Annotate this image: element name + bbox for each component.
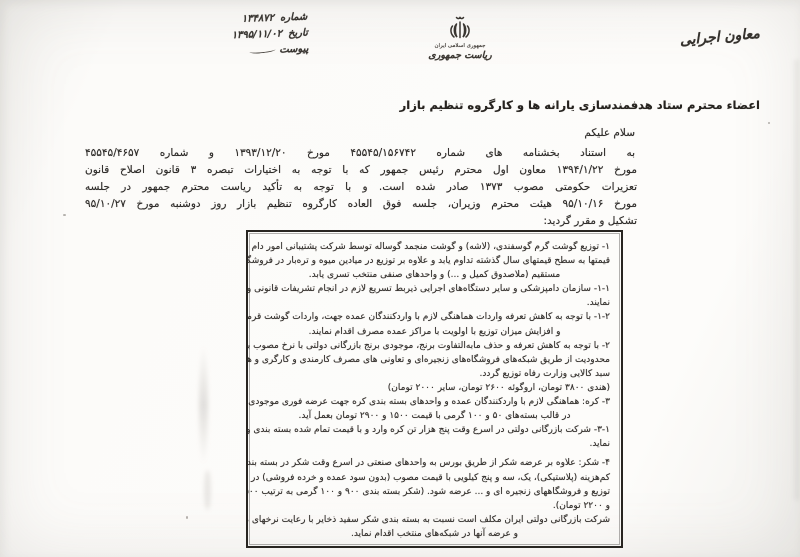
letter-number: شماره۱۳۴۸۷۲ [167, 12, 307, 28]
attachment-scribble [249, 47, 275, 55]
body-line: مورخ ۹۵/۱۰/۱۶ هیئت محترم وزیران، جلسه فو… [85, 196, 637, 213]
box-line: ۴- شکر: علاوه بر عرضه شکر از طریق بورس ب… [259, 456, 610, 470]
box-line: ۲- با توجه به کاهش تعرفه و حذف مابه‌التف… [259, 339, 610, 353]
box-line: ۳-۱- شرکت بازرگانی دولتی در اسرع وقت پنج… [259, 423, 610, 437]
box-line: ۱-۱- سازمان دامپزشکی و سایر دستگاه‌های ا… [259, 282, 610, 296]
date-label: تاریخ [288, 28, 308, 40]
box-line: در قالب بسته‌های ۵۰ و ۱۰۰ گرمی با قیمت ۱… [259, 409, 610, 423]
letter-date: تاریخ۱۳۹۵/۱۱/۰۲ [168, 28, 308, 44]
box-line: قیمتها به سطح قیمتهای سال گذشته تداوم یا… [259, 254, 610, 268]
deputy-title-script: معاون اجرایی [640, 26, 761, 52]
scanned-letter-page: شماره۱۳۴۸۷۲ تاریخ۱۳۹۵/۱۱/۰۲ پیوست جمهوری… [0, 0, 800, 557]
box-line: ۳- کره: هماهنگی لازم با واردکنندگان عمده… [259, 395, 610, 409]
box-line: سبد کالایی وزارت رفاه توزیع گردد. [259, 367, 610, 381]
box-line: محدودیت از طریق شبکه‌های فروشگاه‌های زنج… [259, 353, 610, 367]
body-line: تعزیرات حکومتی مصوب ۱۳۷۳ صادر شده است. و… [85, 179, 637, 196]
box-line: و عرضه آنها در شبکه‌های منتخب اقدام نمای… [259, 527, 610, 541]
body-line: به استناد بخشنامه های شماره ۴۵۵۴۵/۱۵۶۷۴۲… [85, 145, 637, 162]
scan-speck [768, 122, 770, 124]
scan-smudge [199, 345, 208, 465]
letterhead: جمهوری اسلامی ایران ریاست جمهوری [420, 15, 500, 61]
letter-meta-block: شماره۱۳۴۸۷۲ تاریخ۱۳۹۵/۱۱/۰۲ پیوست [167, 12, 309, 65]
org-name-line: جمهوری اسلامی ایران [420, 43, 500, 49]
scan-smudge [794, 60, 800, 500]
body-line: مورخ ۱۳۹۴/۱/۲۲ معاون اول محترم رئیس جمهو… [85, 162, 637, 179]
letter-attachment: پیوست [168, 44, 308, 60]
box-line: و افزایش میزان توزیع با اولویت با مراکز … [259, 325, 610, 339]
body-line: تشکیل و مقرر گردید: [85, 213, 637, 230]
box-line: توزیع و فروشگاههای زنجیره ای و ... عرضه … [259, 485, 610, 499]
resolutions-box: ۱- توزیع گوشت گرم گوسفندی، (لاشه) و گوشت… [246, 230, 623, 548]
box-line: مستقیم (ملاصدوق کمیل و ...) و واحدهای صن… [259, 268, 610, 282]
date-value: ۱۳۹۵/۱۱/۰۲ [232, 28, 283, 41]
scan-speck [63, 214, 66, 216]
box-line: شرکت بازرگانی دولتی ایران مکلف است نسبت … [259, 513, 610, 527]
number-value: ۱۳۴۸۷۲ [242, 13, 275, 25]
letter-body: به استناد بخشنامه های شماره ۴۵۵۴۵/۱۵۶۷۴۲… [85, 145, 637, 230]
box-line: (هندی ۳۸۰۰ تومان، اروگوئه ۲۶۰۰ تومان، سا… [259, 381, 610, 395]
scan-speck [186, 516, 188, 519]
box-line: نمایند. [259, 296, 610, 310]
letter-title: اعضاء محترم ستاد هدفمندسازی یارانه ها و … [360, 98, 760, 112]
org-presidency-line: ریاست جمهوری [420, 50, 500, 61]
scan-smudge [204, 470, 211, 510]
box-line: ۱- توزیع گوشت گرم گوسفندی، (لاشه) و گوشت… [259, 240, 610, 254]
attachment-label: پیوست [279, 44, 309, 56]
box-line: و ۲۲۰۰ تومان). [259, 499, 610, 513]
number-label: شماره [280, 12, 308, 24]
box-line: ۱-۲- با توجه به کاهش تعرفه واردات هماهنگ… [259, 310, 610, 324]
salutation: سلام علیکم [584, 127, 635, 139]
iran-emblem-icon [447, 15, 473, 43]
box-line: کم‌هزینه (پلاستیکی)، یک، سه و پنج کیلویی… [259, 471, 610, 485]
box-line: نماید. [259, 437, 610, 451]
